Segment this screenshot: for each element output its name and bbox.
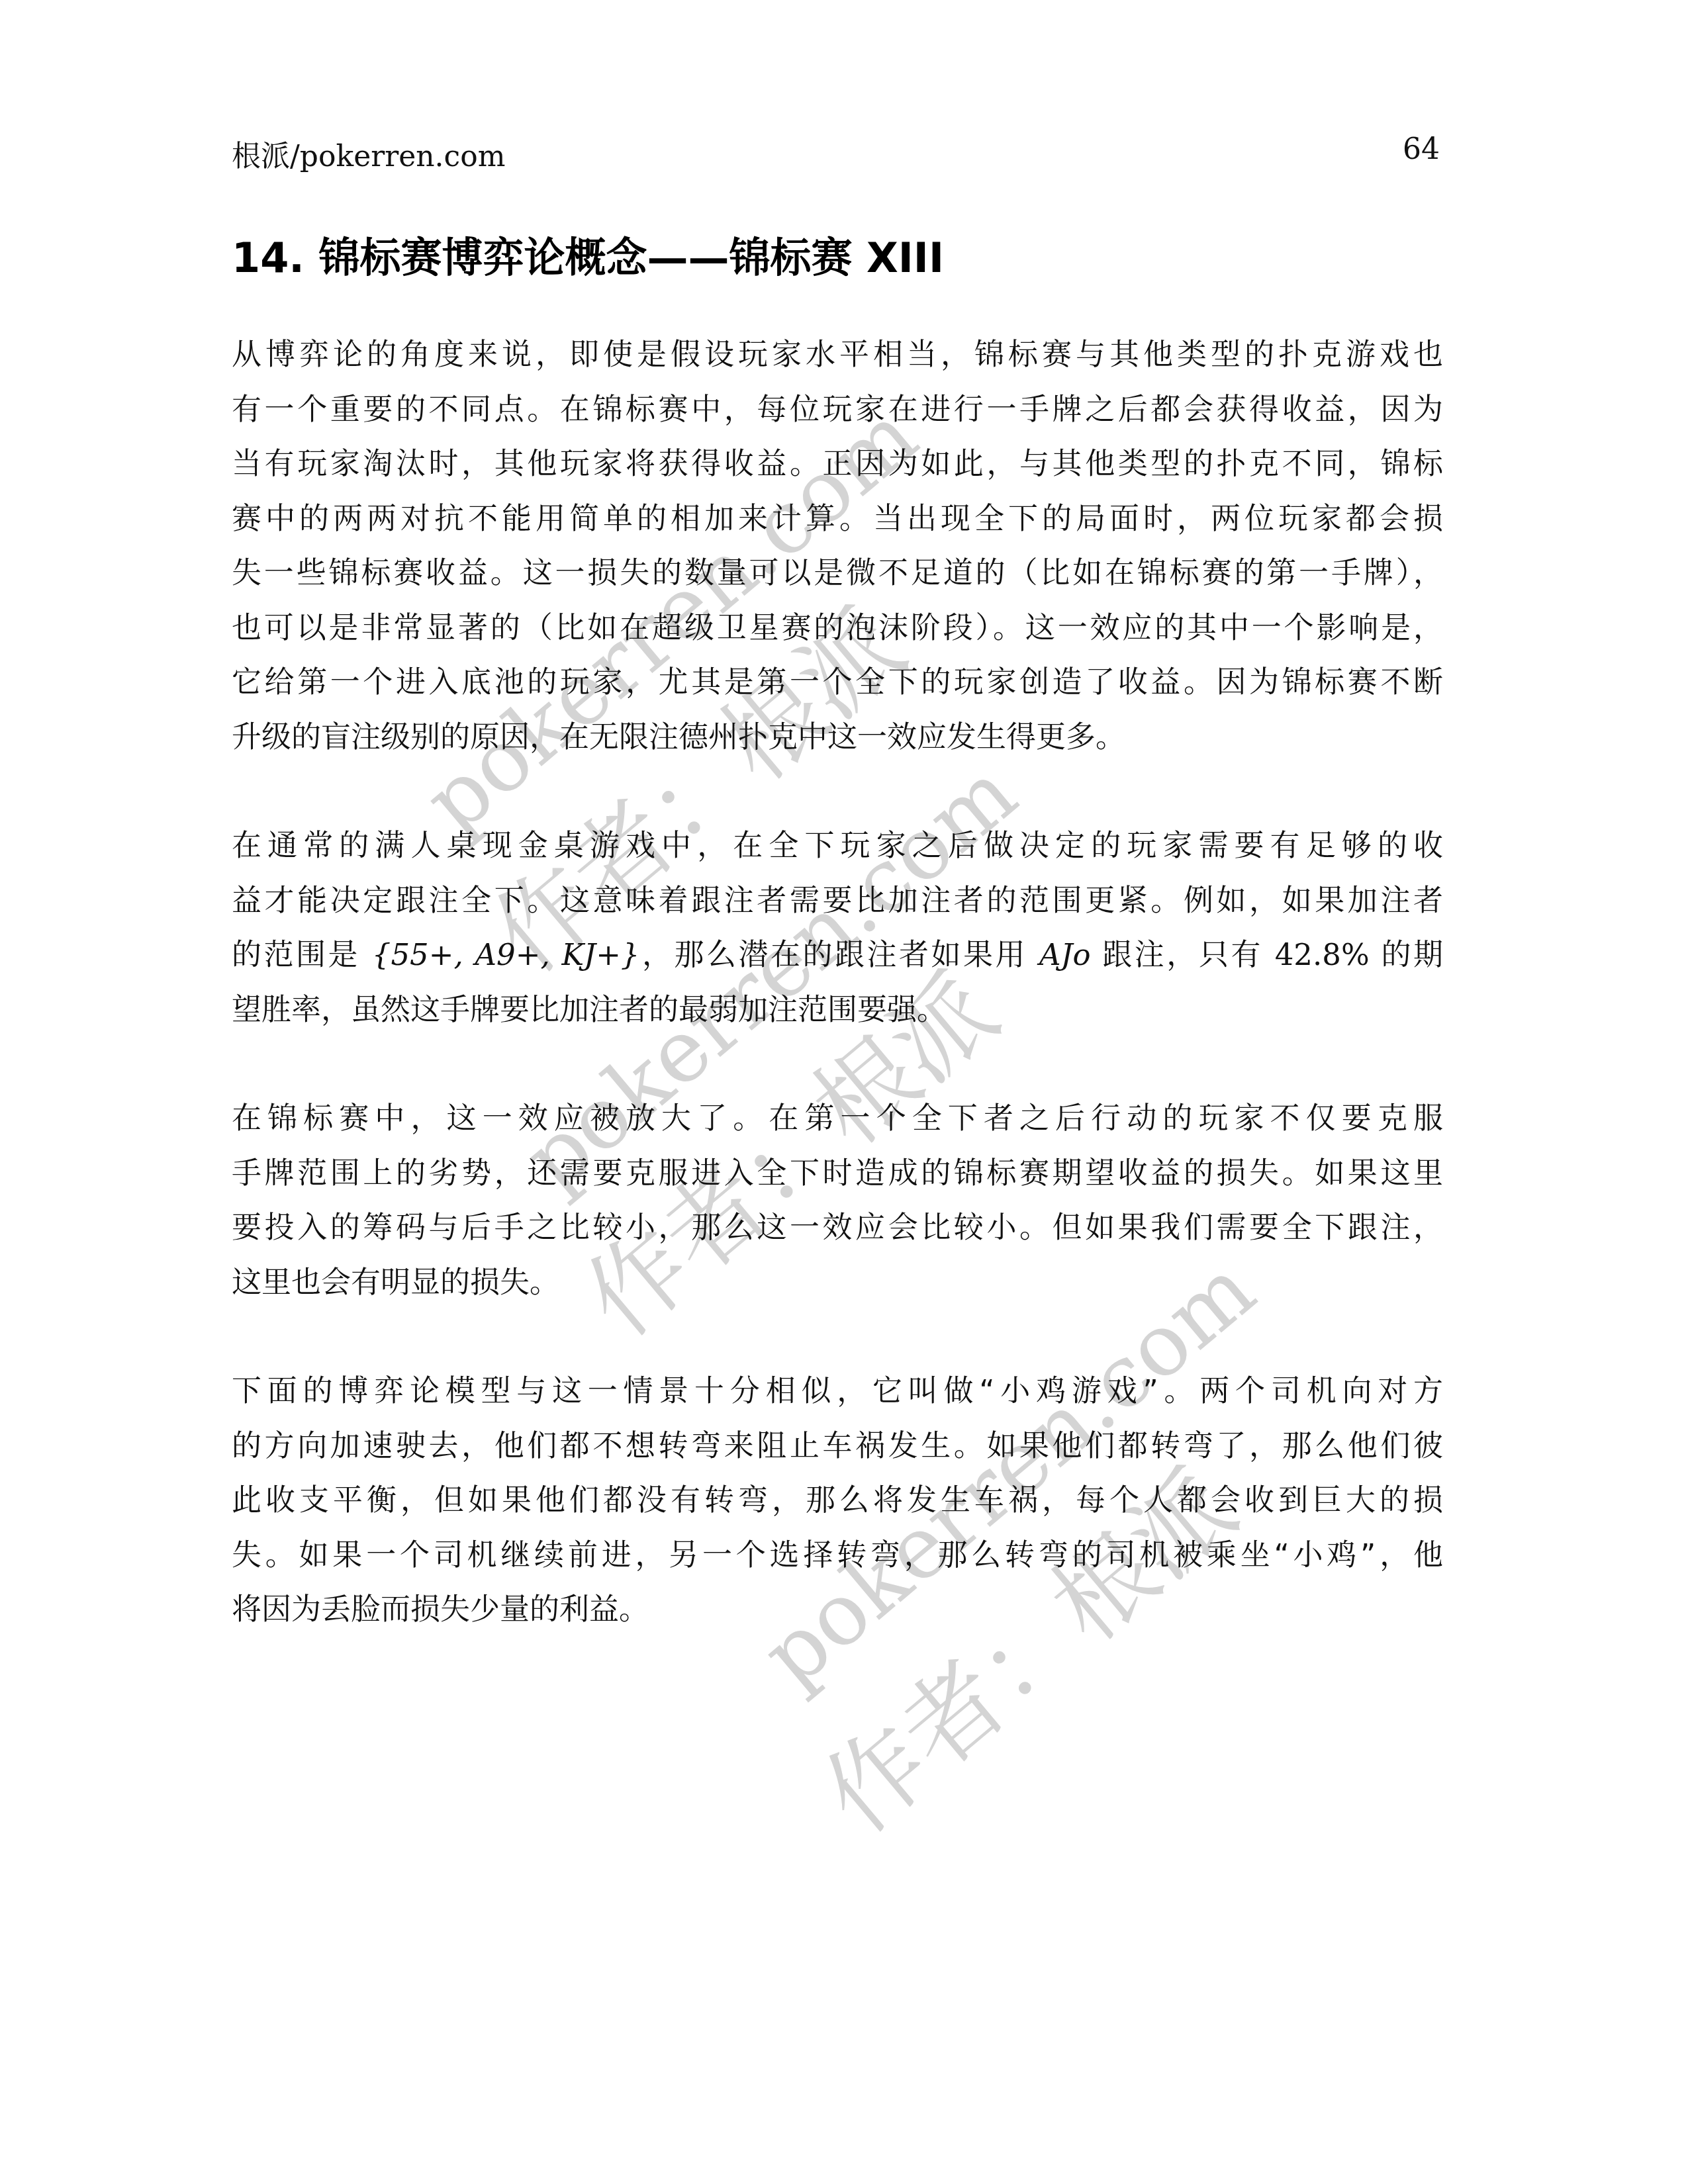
- text-line: 手牌范围上的劣势，还需要克服进入全下时造成的锦标赛期望收益的损失。如果这里: [232, 1146, 1443, 1201]
- text-line: 从博弈论的角度来说，即使是假设玩家水平相当，锦标赛与其他类型的扑克游戏也: [232, 328, 1443, 383]
- paragraph-1: 从博弈论的角度来说，即使是假设玩家水平相当，锦标赛与其他类型的扑克游戏也 有一个…: [232, 328, 1443, 764]
- body-text: 从博弈论的角度来说，即使是假设玩家水平相当，锦标赛与其他类型的扑克游戏也 有一个…: [232, 328, 1443, 1692]
- running-header: 根派/pokerren.com 64: [232, 132, 1440, 172]
- paragraph-4: 下面的博弈论模型与这一情景十分相似，它叫做“小鸡游戏”。两个司机向对方 的方向加…: [232, 1364, 1443, 1637]
- text-line: 失一些锦标赛收益。这一损失的数量可以是微不足道的（比如在锦标赛的第一手牌），: [232, 546, 1443, 601]
- text-fragment: 的期: [1370, 937, 1443, 972]
- text-line: 赛中的两两对抗不能用简单的相加来计算。当出现全下的局面时，两位玩家都会损: [232, 492, 1443, 547]
- text-line: 益才能决定跟注全下。这意味着跟注者需要比加注者的范围更紧。例如，如果加注者: [232, 874, 1443, 929]
- math-hand: AJo: [1039, 937, 1091, 972]
- text-line: 升级的盲注级别的原因，在无限注德州扑克中这一效应发生得更多。: [232, 710, 1443, 765]
- section-title: 14. 锦标赛博弈论概念——锦标赛 XIII: [232, 225, 1440, 284]
- paragraph-2: 在通常的满人桌现金桌游戏中，在全下玩家之后做决定的玩家需要有足够的收 益才能决定…: [232, 819, 1443, 1037]
- text-line: 它给第一个进入底池的玩家，尤其是第一个全下的玩家创造了收益。因为锦标赛不断: [232, 655, 1443, 710]
- paragraph-3: 在锦标赛中，这一效应被放大了。在第一个全下者之后行动的玩家不仅要克服 手牌范围上…: [232, 1091, 1443, 1310]
- text-fragment: ，那么潜在的跟注者如果用: [640, 937, 1039, 972]
- text-line: 在通常的满人桌现金桌游戏中，在全下玩家之后做决定的玩家需要有足够的收: [232, 819, 1443, 874]
- header-site-name: 根派/pokerren.com: [232, 132, 505, 175]
- text-line: 望胜率，虽然这手牌要比加注者的最弱加注范围要强。: [232, 983, 1443, 1038]
- math-range-value: {55+, A9+, KJ+}: [372, 937, 640, 972]
- text-line: 此收支平衡，但如果他们都没有转弯，那么将发生车祸，每个人都会收到巨大的损: [232, 1473, 1443, 1528]
- math-range-set: {55+, A9+, KJ+}: [372, 937, 640, 972]
- equity-value: 42.8%: [1275, 937, 1370, 972]
- text-line: 有一个重要的不同点。在锦标赛中，每位玩家在进行一手牌之后都会获得收益，因为: [232, 383, 1443, 437]
- text-line: 要投入的筹码与后手之比较小，那么这一效应会比较小。但如果我们需要全下跟注，: [232, 1201, 1443, 1255]
- text-line: 当有玩家淘汰时，其他玩家将获得收益。正因为如此，与其他类型的扑克不同，锦标: [232, 437, 1443, 492]
- text-fragment: 的范围是: [232, 937, 372, 972]
- text-line: 这里也会有明显的损失。: [232, 1255, 1443, 1310]
- text-line: 也可以是非常显著的（比如在超级卫星赛的泡沫阶段）。这一效应的其中一个影响是，: [232, 601, 1443, 656]
- document-page: pokerren.com 作者：根派 pokerren.com 作者：根派 po…: [0, 0, 1688, 2184]
- text-line: 的方向加速驶去，他们都不想转弯来阻止车祸发生。如果他们都转弯了，那么他们彼: [232, 1419, 1443, 1474]
- text-line: 失。如果一个司机继续前进，另一个选择转弯，那么转弯的司机被乘坐“小鸡”，他: [232, 1528, 1443, 1583]
- text-line: 将因为丢脸而损失少量的利益。: [232, 1582, 1443, 1637]
- text-line: 在锦标赛中，这一效应被放大了。在第一个全下者之后行动的玩家不仅要克服: [232, 1091, 1443, 1146]
- text-fragment: 跟注，只有: [1091, 937, 1275, 972]
- text-line-with-math: 的范围是 {55+, A9+, KJ+}，那么潜在的跟注者如果用 AJo 跟注，…: [232, 928, 1443, 983]
- math-hand-value: AJo: [1039, 937, 1091, 972]
- page-number: 64: [1403, 132, 1440, 166]
- text-line: 下面的博弈论模型与这一情景十分相似，它叫做“小鸡游戏”。两个司机向对方: [232, 1364, 1443, 1419]
